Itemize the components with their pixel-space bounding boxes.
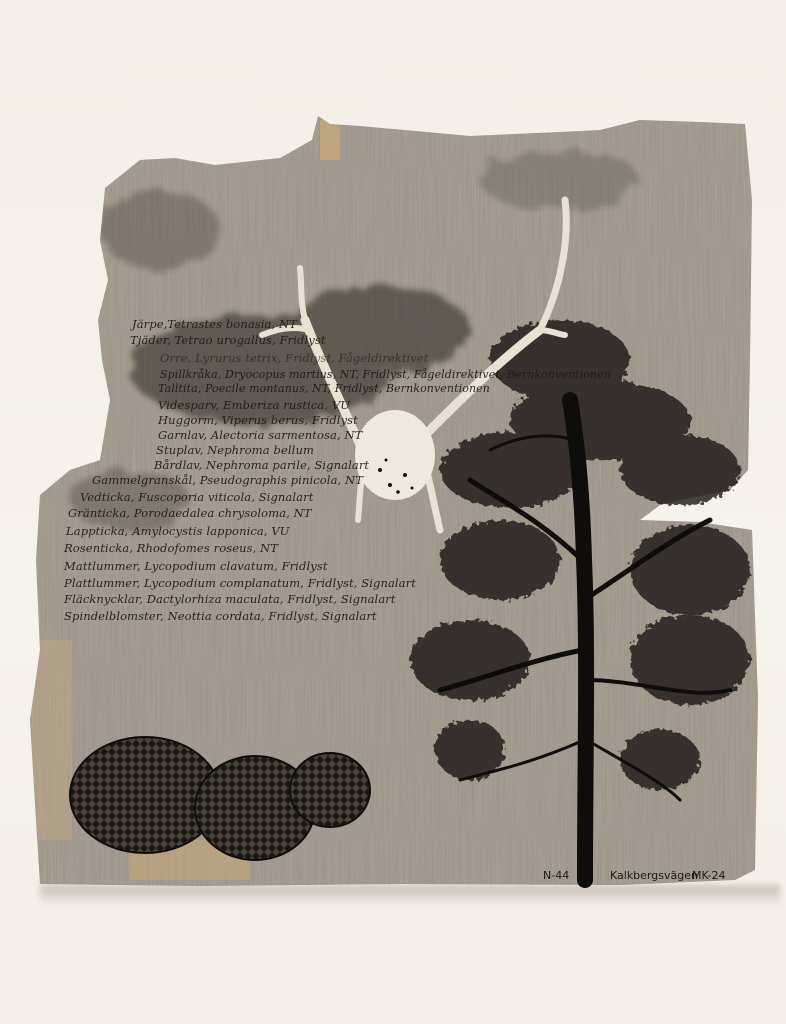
signature-place: Kalkbergsvägen: [610, 869, 698, 882]
signature-artist-year: MK-24: [692, 869, 726, 882]
skull: [355, 410, 435, 500]
signature-code: N-44: [543, 869, 569, 882]
